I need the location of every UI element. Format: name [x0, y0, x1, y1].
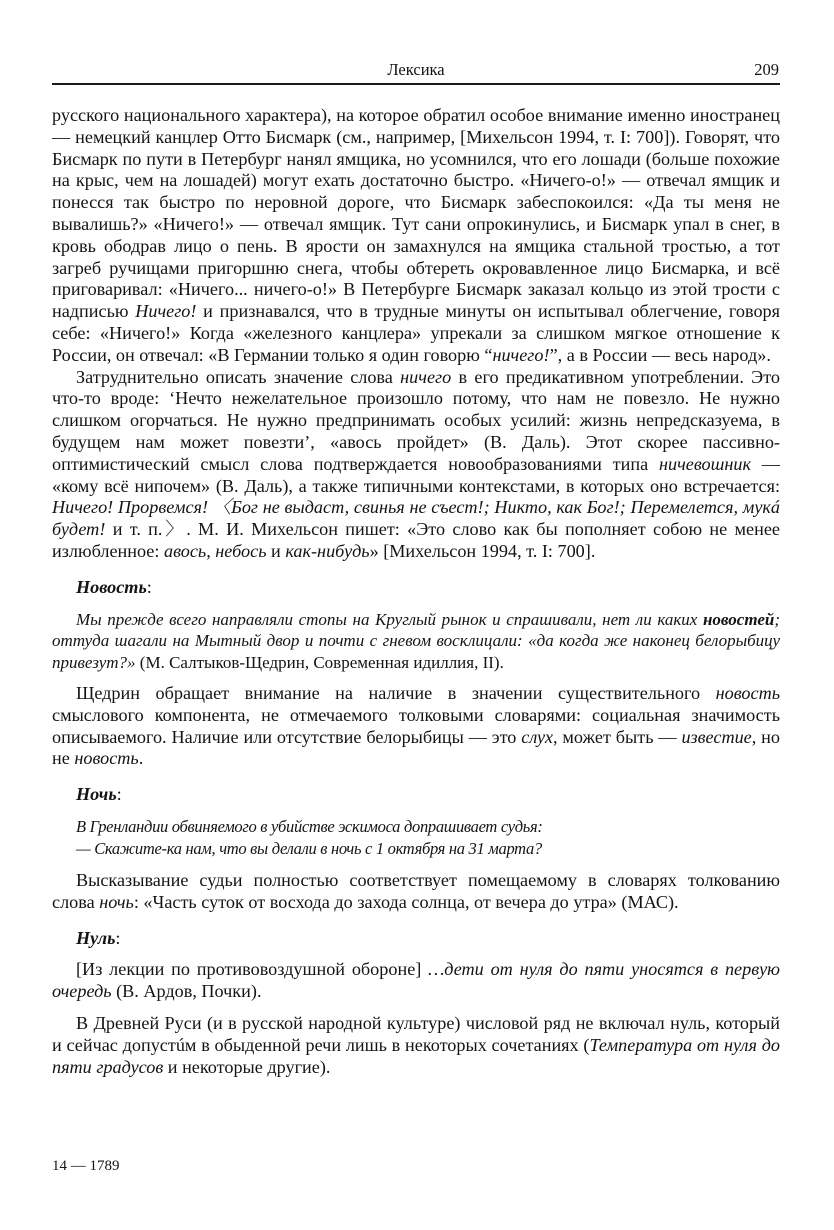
page-body: русского национального характера), на ко…: [52, 105, 780, 1078]
page-number: 209: [754, 60, 779, 80]
entry-quote-nul: [Из лекции по противовоздушной обороне] …: [52, 959, 780, 1003]
entry-comment-nul: В Древней Руси (и в русской народной кул…: [52, 1013, 780, 1078]
entry-heading-novost: Новость:: [52, 577, 780, 599]
running-head: Лексика 209: [52, 56, 780, 82]
paragraph-bismarck: русского национального характера), на ко…: [52, 105, 780, 367]
dialog-line: В Гренландии обвиняемого в убийстве эски…: [52, 816, 780, 838]
entry-quote-novost: Мы прежде всего направляли стопы на Круг…: [52, 609, 780, 674]
printer-signature: 14 — 1789: [52, 1158, 120, 1175]
entry-heading-nul: Нуль:: [52, 928, 780, 950]
running-head-title: Лексика: [52, 60, 780, 80]
entry-heading-noch: Ночь:: [52, 784, 780, 806]
book-page: Лексика 209 русского национального харак…: [52, 56, 780, 1078]
entry-comment-noch: Высказывание судьи полностью соответству…: [52, 870, 780, 914]
entry-quote-noch: В Гренландии обвиняемого в убийстве эски…: [52, 816, 780, 860]
header-rule: [52, 83, 780, 85]
dialog-line: — Скажите-ка нам, что вы делали в ночь с…: [52, 838, 780, 860]
paragraph-nichego-meaning: Затруднительно описать значение слова ни…: [52, 367, 780, 563]
entry-comment-novost: Щедрин обращает внимание на наличие в зн…: [52, 683, 780, 770]
